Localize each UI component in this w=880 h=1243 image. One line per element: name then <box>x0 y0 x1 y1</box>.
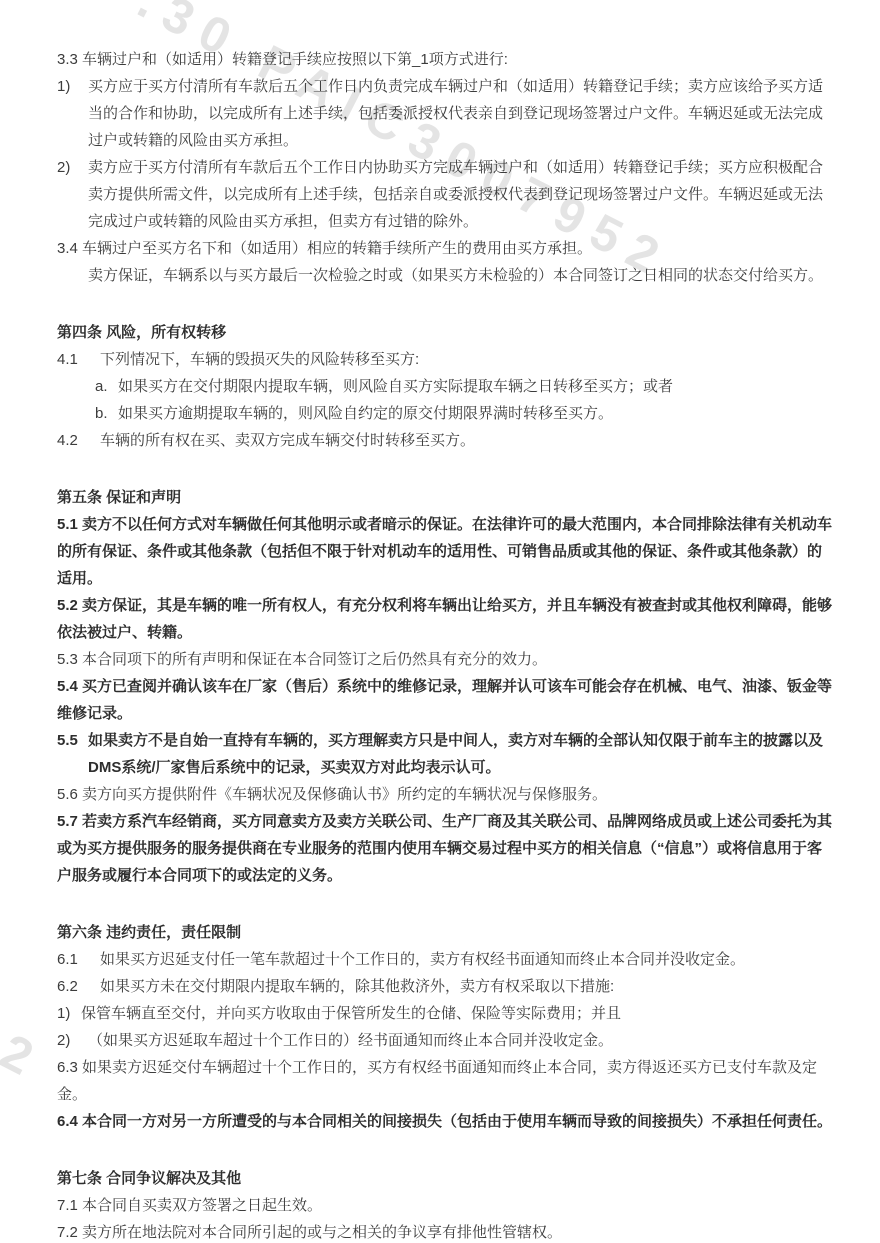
clause-7-2: 7.2 卖方所在地法院对本合同所引起的或与之相关的争议享有排他性管辖权。 <box>57 1219 836 1243</box>
clause-7-1: 7.1 本合同自买卖双方签署之日起生效。 <box>57 1192 836 1219</box>
clause-5-7: 5.7 若卖方系汽车经销商，买方同意卖方及卖方关联公司、生产厂商及其关联公司、品… <box>57 808 836 889</box>
clause-text: 保管车辆直至交付，并向买方收取由于保管所发生的仓储、保险等实际费用；并且 <box>81 1000 836 1027</box>
clause-5-1: 5.1 卖方不以任何方式对车辆做任何其他明示或者暗示的保证。在法律许可的最大范围… <box>57 511 836 592</box>
clause-6-4: 6.4 本合同一方对另一方所遭受的与本合同相关的间接损失（包括由于使用车辆而导致… <box>57 1108 836 1135</box>
list-marker: 2) <box>57 1027 88 1054</box>
clause-number: 4.1 <box>57 346 100 373</box>
list-marker: 2) <box>57 154 88 181</box>
clause-3-3-item-2: 2) 卖方应于买方付清所有车款后五个工作日内协助买方完成车辆过户和（如适用）转籍… <box>57 154 836 235</box>
clause-text: 车辆的所有权在买、卖双方完成车辆交付时转移至买方。 <box>100 427 836 454</box>
clause-6-2-item-1: 1) 保管车辆直至交付，并向买方收取由于保管所发生的仓储、保险等实际费用；并且 <box>57 1000 836 1027</box>
clause-3-3: 3.3 车辆过户和（如适用）转籍登记手续应按照以下第_1项方式进行: <box>57 46 836 73</box>
section-7-heading: 第七条 合同争议解决及其他 <box>57 1165 836 1192</box>
clause-5-3: 5.3 本合同项下的所有声明和保证在本合同签订之后仍然具有充分的效力。 <box>57 646 836 673</box>
clause-6-1: 6.1 如果买方迟延支付任一笔车款超过十个工作日的，卖方有权经书面通知而终止本合… <box>57 946 836 973</box>
clause-text: 如果买方逾期提取车辆的，则风险自约定的原交付期限界满时转移至买方。 <box>118 400 836 427</box>
clause-4-1-a: a. 如果买方在交付期限内提取车辆，则风险自买方实际提取车辆之日转移至买方；或者 <box>57 373 836 400</box>
clause-number: 6.1 <box>57 946 100 973</box>
clause-6-2-item-2: 2) （如果买方迟延取车超过十个工作日的）经书面通知而终止本合同并没收定金。 <box>57 1027 836 1054</box>
clause-5-6: 5.6 卖方向买方提供附件《车辆状况及保修确认书》所约定的车辆状况与保修服务。 <box>57 781 836 808</box>
clause-5-2: 5.2 卖方保证，其是车辆的唯一所有权人，有充分权利将车辆出让给买方，并且车辆没… <box>57 592 836 646</box>
clause-text: 卖方应于买方付清所有车款后五个工作日内协助买方完成车辆过户和（如适用）转籍登记手… <box>88 154 836 235</box>
clause-number: 4.2 <box>57 427 100 454</box>
clause-text: （如果买方迟延取车超过十个工作日的）经书面通知而终止本合同并没收定金。 <box>88 1027 836 1054</box>
clause-5-4: 5.4 买方已查阅并确认该车在厂家（售后）系统中的维修记录，理解并认可该车可能会… <box>57 673 836 727</box>
clause-4-1: 4.1 下列情况下，车辆的毁损灭失的风险转移至买方: <box>57 346 836 373</box>
contract-body: 3.3 车辆过户和（如适用）转籍登记手续应按照以下第_1项方式进行: 1) 买方… <box>0 0 880 1243</box>
clause-3-3-item-1: 1) 买方应于买方付清所有车款后五个工作日内负责完成车辆过户和（如适用）转籍登记… <box>57 73 836 154</box>
contract-page: .30 PAIC3007952 52 3.3 车辆过户和（如适用）转籍登记手续应… <box>0 0 880 1243</box>
clause-text: 如果买方迟延支付任一笔车款超过十个工作日的，卖方有权经书面通知而终止本合同并没收… <box>100 946 836 973</box>
section-5-heading: 第五条 保证和声明 <box>57 484 836 511</box>
clause-number: 6.2 <box>57 973 100 1000</box>
clause-5-5: 5.5 如果卖方不是自始一直持有车辆的，买方理解卖方只是中间人，卖方对车辆的全部… <box>57 727 836 781</box>
clause-text: 如果买方未在交付期限内提取车辆的，除其他救济外，卖方有权采取以下措施: <box>100 973 836 1000</box>
clause-text: 下列情况下，车辆的毁损灭失的风险转移至买方: <box>100 346 836 373</box>
list-marker: 1) <box>57 73 88 100</box>
clause-4-2: 4.2 车辆的所有权在买、卖双方完成车辆交付时转移至买方。 <box>57 427 836 454</box>
list-marker: b. <box>95 400 118 427</box>
clause-6-3: 6.3 如果卖方迟延交付车辆超过十个工作日的，买方有权经书面通知而终止本合同，卖… <box>57 1054 836 1108</box>
clause-text: 如果买方在交付期限内提取车辆，则风险自买方实际提取车辆之日转移至买方；或者 <box>118 373 836 400</box>
clause-6-2: 6.2 如果买方未在交付期限内提取车辆的，除其他救济外，卖方有权采取以下措施: <box>57 973 836 1000</box>
clause-4-1-b: b. 如果买方逾期提取车辆的，则风险自约定的原交付期限界满时转移至买方。 <box>57 400 836 427</box>
clause-text: 买方应于买方付清所有车款后五个工作日内负责完成车辆过户和（如适用）转籍登记手续；… <box>88 73 836 154</box>
section-6-heading: 第六条 违约责任，责任限制 <box>57 919 836 946</box>
clause-text: 如果卖方不是自始一直持有车辆的，买方理解卖方只是中间人，卖方对车辆的全部认知仅限… <box>88 727 836 781</box>
list-marker: 1) <box>57 1000 81 1027</box>
clause-number: 5.5 <box>57 727 88 754</box>
section-4-heading: 第四条 风险，所有权转移 <box>57 319 836 346</box>
list-marker: a. <box>95 373 118 400</box>
clause-3-4-note: 卖方保证，车辆系以与买方最后一次检验之时或（如果买方未检验的）本合同签订之日相同… <box>57 262 836 289</box>
clause-3-4: 3.4 车辆过户至买方名下和（如适用）相应的转籍手续所产生的费用由买方承担。 <box>57 235 836 262</box>
